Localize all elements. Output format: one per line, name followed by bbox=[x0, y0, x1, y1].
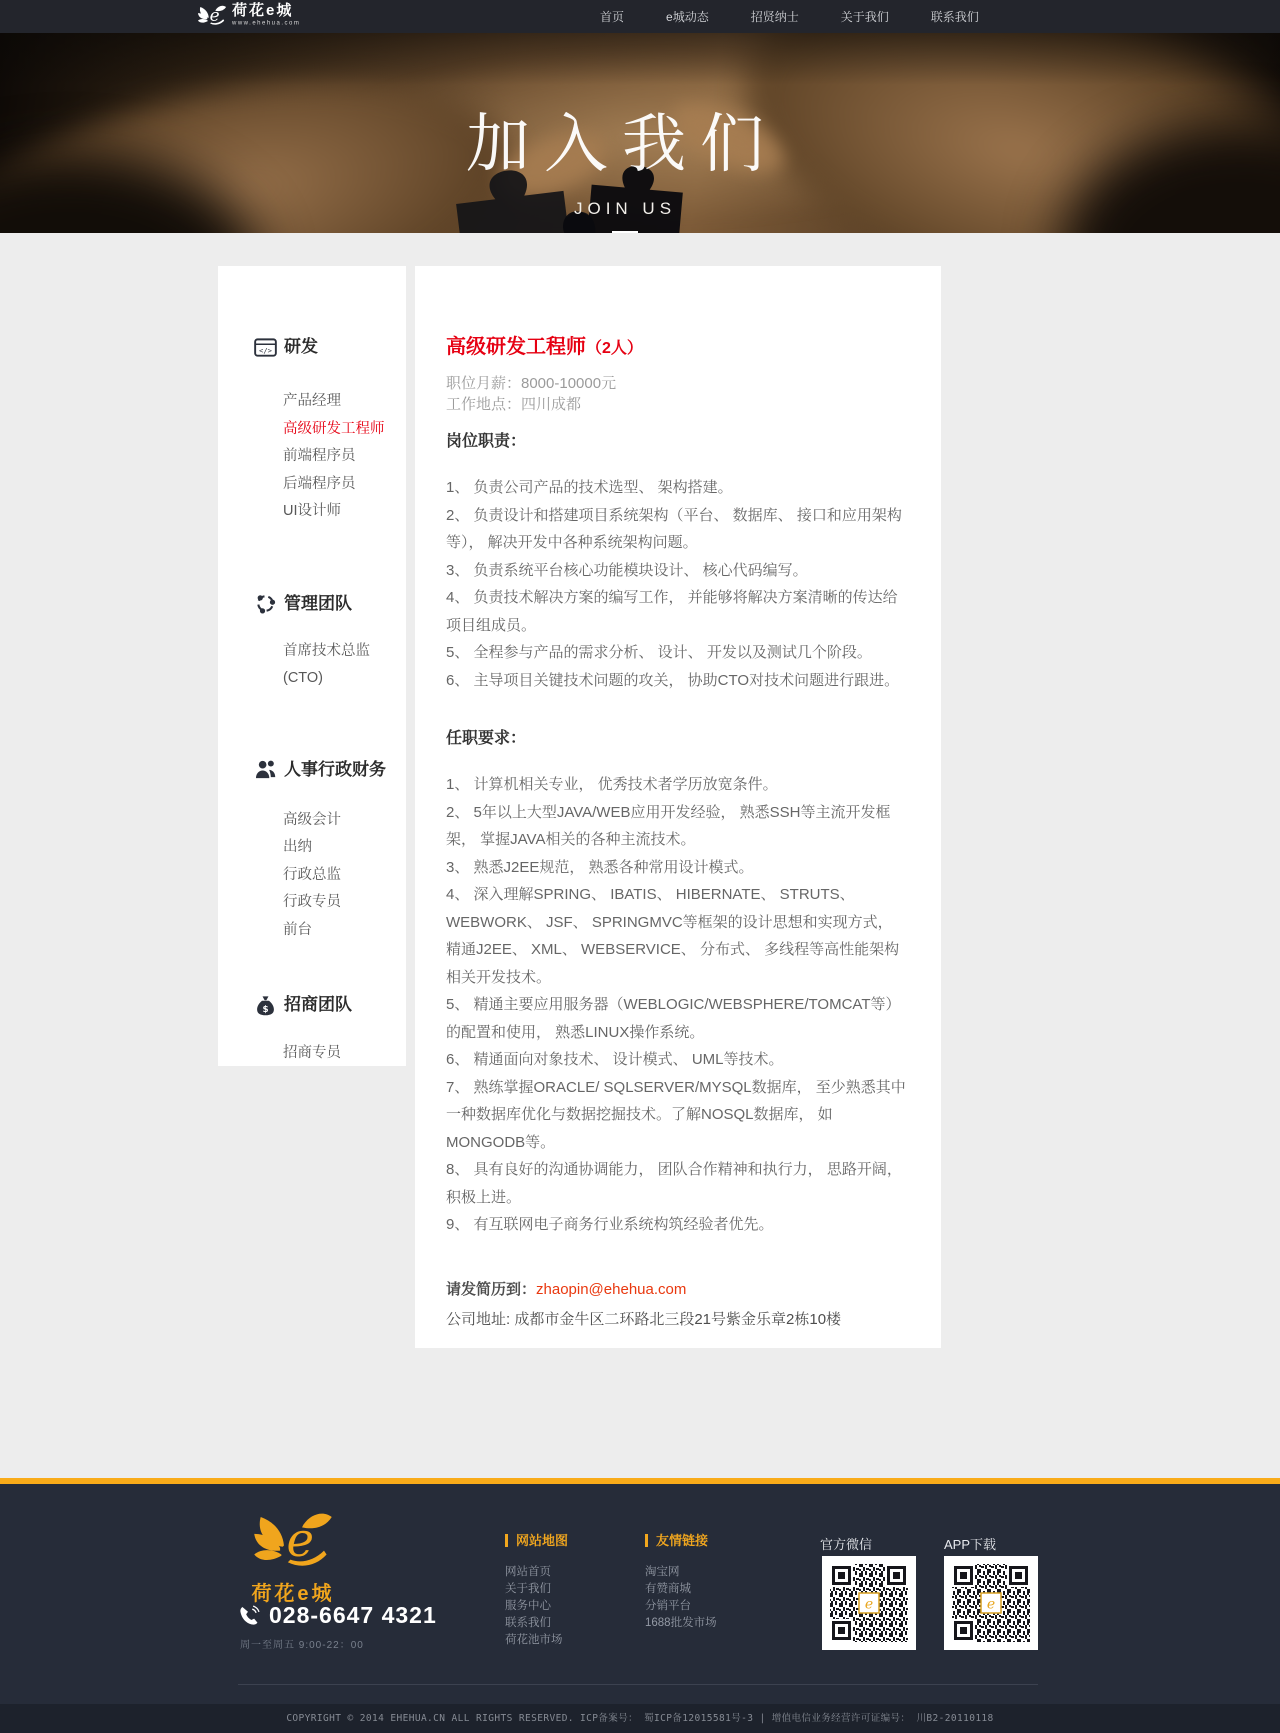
logo-subtitle: www.ehehua.com bbox=[232, 20, 300, 26]
job-categories-sidebar: </> 研发 产品经理 高级研发工程师 前端程序员 后端程序员 UI设计师 bbox=[218, 266, 406, 1066]
requirement-item: 8、 具有良好的沟通协调能力， 团队合作精神和执行力， 思路开阔， 积极上进。 bbox=[446, 1156, 911, 1211]
job-location: 工作地点：四川成都 bbox=[446, 394, 911, 415]
sidebar-group-management: 管理团队 首席技术总监(CTO) bbox=[218, 593, 406, 693]
group-items: 首席技术总监(CTO) bbox=[283, 638, 406, 693]
footer-phone: 028-6647 4321 bbox=[238, 1602, 437, 1629]
nav-recruit[interactable]: 招贤纳士 bbox=[745, 8, 805, 25]
copyright-text: COPYRIGHT © 2014 EHEHUA.CN ALL RIGHTS RE… bbox=[286, 1713, 993, 1724]
requirement-item: 5、 精通主要应用服务器（WEBLOGIC/WEBSPHERE/TOMCAT等）… bbox=[446, 991, 911, 1046]
friend-link-taobao[interactable]: 淘宝网 bbox=[645, 1564, 717, 1581]
requirement-item: 2、 5年以上大型JAVA/WEB应用开发经验， 熟悉SSH等主流开发框架， 掌… bbox=[446, 799, 911, 854]
group-items: 高级会计 出纳 行政总监 行政专员 前台 bbox=[283, 807, 406, 945]
friend-link-fenxiao[interactable]: 分销平台 bbox=[645, 1598, 717, 1615]
sitemap-link-service[interactable]: 服务中心 bbox=[505, 1598, 568, 1615]
duties-list: 1、 负责公司产品的技术选型、 架构搭建。 2、 负责设计和搭建项目系统架构（平… bbox=[446, 474, 911, 694]
friend-links-heading: 友情链接 bbox=[645, 1534, 717, 1547]
group-title: 研发 bbox=[284, 336, 318, 358]
requirement-item: 1、 计算机相关专业， 优秀技术者学历放宽条件。 bbox=[446, 771, 911, 799]
sidebar-group-header: 管理团队 bbox=[254, 593, 406, 615]
job-headcount: （2人） bbox=[586, 340, 643, 357]
sidebar-item-product-manager[interactable]: 产品经理 bbox=[283, 388, 406, 416]
sidebar-item-senior-rd-engineer[interactable]: 高级研发工程师 bbox=[283, 416, 406, 444]
app-label: APP下载 bbox=[944, 1534, 996, 1553]
people-icon bbox=[254, 759, 277, 780]
nav-news[interactable]: e城动态 bbox=[660, 8, 715, 25]
sitemap-heading: 网站地图 bbox=[505, 1534, 568, 1547]
sitemap-link-about[interactable]: 关于我们 bbox=[505, 1581, 568, 1598]
hero-banner: 加入我们 JOIN US bbox=[0, 33, 1280, 233]
moneybag-icon: $ bbox=[254, 995, 277, 1016]
friend-links: 淘宝网 有赞商城 分销平台 1688批发市场 bbox=[645, 1564, 717, 1632]
lotus-icon: e bbox=[249, 1508, 337, 1570]
sidebar-item-ui-designer[interactable]: UI设计师 bbox=[283, 498, 406, 526]
nav-about[interactable]: 关于我们 bbox=[835, 8, 895, 25]
wechat-qr-code: e bbox=[822, 1556, 916, 1650]
duty-item: 2、 负责设计和搭建项目系统架构（平台、 数据库、 接口和应用架构等）， 解决开… bbox=[446, 502, 911, 557]
sidebar-group-hr-finance: 人事行政财务 高级会计 出纳 行政总监 行政专员 前台 bbox=[218, 759, 406, 945]
company-address: 公司地址: 成都市金牛区二环路北三段21号紫金乐章2栋10楼 bbox=[446, 1305, 911, 1335]
requirement-item: 7、 熟练掌握ORACLE/ SQLSERVER/MYSQL数据库， 至少熟悉其… bbox=[446, 1074, 911, 1157]
group-title: 人事行政财务 bbox=[284, 759, 386, 781]
svg-text:$: $ bbox=[262, 1004, 268, 1014]
sitemap-link-market[interactable]: 荷花池市场 bbox=[505, 1632, 568, 1649]
requirements-heading: 任职要求： bbox=[446, 728, 911, 750]
job-title-text: 高级研发工程师 bbox=[446, 336, 586, 358]
sidebar-group-rd: </> 研发 产品经理 高级研发工程师 前端程序员 后端程序员 UI设计师 bbox=[218, 336, 406, 526]
footer-phone-number: 028-6647 4321 bbox=[269, 1602, 437, 1629]
footer-sitemap: 网站地图 网站首页 关于我们 服务中心 联系我们 荷花池市场 bbox=[505, 1534, 568, 1649]
sidebar-item-merchant-specialist[interactable]: 招商专员 bbox=[283, 1040, 406, 1068]
nav-contact[interactable]: 联系我们 bbox=[925, 8, 985, 25]
duty-item: 3、 负责系统平台核心功能模块设计、 核心代码编写。 bbox=[446, 557, 911, 585]
friend-link-1688[interactable]: 1688批发市场 bbox=[645, 1615, 717, 1632]
nav-home[interactable]: 首页 bbox=[594, 8, 630, 25]
sidebar-item-backend-programmer[interactable]: 后端程序员 bbox=[283, 471, 406, 499]
top-nav: e 荷花e城 www.ehehua.com 首页 e城动态 招贤纳士 关于我们 … bbox=[0, 0, 1280, 33]
lotus-icon: e bbox=[197, 2, 227, 28]
svg-text:e: e bbox=[865, 1597, 873, 1613]
duties-heading: 岗位职责： bbox=[446, 431, 911, 453]
app-qr-code: e bbox=[944, 1556, 1038, 1650]
footer: e 荷花e城 028-6647 4321 周一至周五 9:00-22：00 网站… bbox=[0, 1484, 1280, 1704]
job-detail-panel: 高级研发工程师（2人） 职位月薪：8000-10000元 工作地点：四川成都 岗… bbox=[415, 266, 941, 1348]
sidebar-item-senior-accountant[interactable]: 高级会计 bbox=[283, 807, 406, 835]
sidebar-item-receptionist[interactable]: 前台 bbox=[283, 917, 406, 945]
footer-friend-links: 友情链接 淘宝网 有赞商城 分销平台 1688批发市场 bbox=[645, 1534, 717, 1632]
sidebar-group-header: $ 招商团队 bbox=[254, 994, 406, 1016]
sidebar-group-header: </> 研发 bbox=[254, 336, 406, 358]
wechat-label: 官方微信 bbox=[820, 1534, 872, 1553]
sidebar-item-cto[interactable]: 首席技术总监(CTO) bbox=[283, 638, 406, 693]
footer-divider bbox=[238, 1684, 1038, 1685]
site-logo[interactable]: e 荷花e城 www.ehehua.com bbox=[197, 2, 323, 28]
svg-text:</>: </> bbox=[259, 345, 273, 354]
group-title: 招商团队 bbox=[284, 994, 352, 1016]
svg-text:e: e bbox=[287, 1513, 315, 1567]
sidebar-item-admin-specialist[interactable]: 行政专员 bbox=[283, 889, 406, 917]
footer-hours: 周一至周五 9:00-22：00 bbox=[240, 1636, 364, 1651]
duty-item: 4、 负责技术解决方案的编写工作， 并能够将解决方案清晰的传达给项目组成员。 bbox=[446, 584, 911, 639]
group-items: 招商专员 bbox=[283, 1040, 406, 1068]
contact-block: 请发简历到：zhaopin@ehehua.com 公司地址: 成都市金牛区二环路… bbox=[446, 1275, 911, 1335]
hero-subtitle: JOIN US bbox=[0, 199, 1250, 219]
logo-title: 荷花e城 bbox=[232, 3, 323, 18]
svg-text:e: e bbox=[987, 1597, 995, 1613]
friend-link-youzan[interactable]: 有赞商城 bbox=[645, 1581, 717, 1598]
sitemap-link-contact[interactable]: 联系我们 bbox=[505, 1615, 568, 1632]
job-title: 高级研发工程师（2人） bbox=[446, 336, 911, 360]
join-us-page: e 荷花e城 www.ehehua.com 首页 e城动态 招贤纳士 关于我们 … bbox=[0, 0, 1280, 1733]
footer-logo: e 荷花e城 bbox=[238, 1508, 348, 1606]
requirement-item: 4、 深入理解SPRING、 IBATIS、 HIBERNATE、 STRUTS… bbox=[446, 881, 911, 991]
sidebar-group-header: 人事行政财务 bbox=[254, 759, 406, 781]
phone-icon bbox=[238, 1605, 260, 1627]
resume-line: 请发简历到：zhaopin@ehehua.com bbox=[446, 1275, 911, 1305]
svg-text:e: e bbox=[210, 5, 220, 25]
job-salary: 职位月薪：8000-10000元 bbox=[446, 373, 911, 394]
sitemap-links: 网站首页 关于我们 服务中心 联系我们 荷花池市场 bbox=[505, 1564, 568, 1649]
sidebar-item-frontend-programmer[interactable]: 前端程序员 bbox=[283, 443, 406, 471]
resume-email-link[interactable]: zhaopin@ehehua.com bbox=[536, 1281, 686, 1298]
sitemap-link-home[interactable]: 网站首页 bbox=[505, 1564, 568, 1581]
code-icon: </> bbox=[254, 337, 277, 358]
hero-underline bbox=[612, 231, 638, 233]
hero-text: 加入我们 JOIN US bbox=[0, 33, 1280, 233]
sidebar-group-merchants: $ 招商团队 招商专员 bbox=[218, 994, 406, 1068]
group-items: 产品经理 高级研发工程师 前端程序员 后端程序员 UI设计师 bbox=[283, 388, 406, 526]
duty-item: 1、 负责公司产品的技术选型、 架构搭建。 bbox=[446, 474, 911, 502]
nav-links: 首页 e城动态 招贤纳士 关于我们 联系我们 bbox=[594, 0, 985, 33]
team-icon bbox=[254, 593, 277, 614]
duty-item: 5、 全程参与产品的需求分析、 设计、 开发以及测试几个阶段。 bbox=[446, 639, 911, 667]
requirement-item: 6、 精通面向对象技术、 设计模式、 UML等技术。 bbox=[446, 1046, 911, 1074]
requirement-item: 3、 熟悉J2EE规范， 熟悉各种常用设计模式。 bbox=[446, 854, 911, 882]
copyright-bar: COPYRIGHT © 2014 EHEHUA.CN ALL RIGHTS RE… bbox=[0, 1704, 1280, 1733]
hero-title: 加入我们 bbox=[0, 93, 1244, 185]
requirements-list: 1、 计算机相关专业， 优秀技术者学历放宽条件。 2、 5年以上大型JAVA/W… bbox=[446, 771, 911, 1239]
sidebar-item-admin-director[interactable]: 行政总监 bbox=[283, 862, 406, 890]
resume-label: 请发简历到： bbox=[446, 1281, 536, 1298]
requirement-item: 9、 有互联网电子商务行业系统构筑经验者优先。 bbox=[446, 1211, 911, 1239]
sidebar-item-cashier[interactable]: 出纳 bbox=[283, 834, 406, 862]
duty-item: 6、 主导项目关键技术问题的攻关， 协助CTO对技术问题进行跟进。 bbox=[446, 667, 911, 695]
group-title: 管理团队 bbox=[284, 593, 352, 615]
